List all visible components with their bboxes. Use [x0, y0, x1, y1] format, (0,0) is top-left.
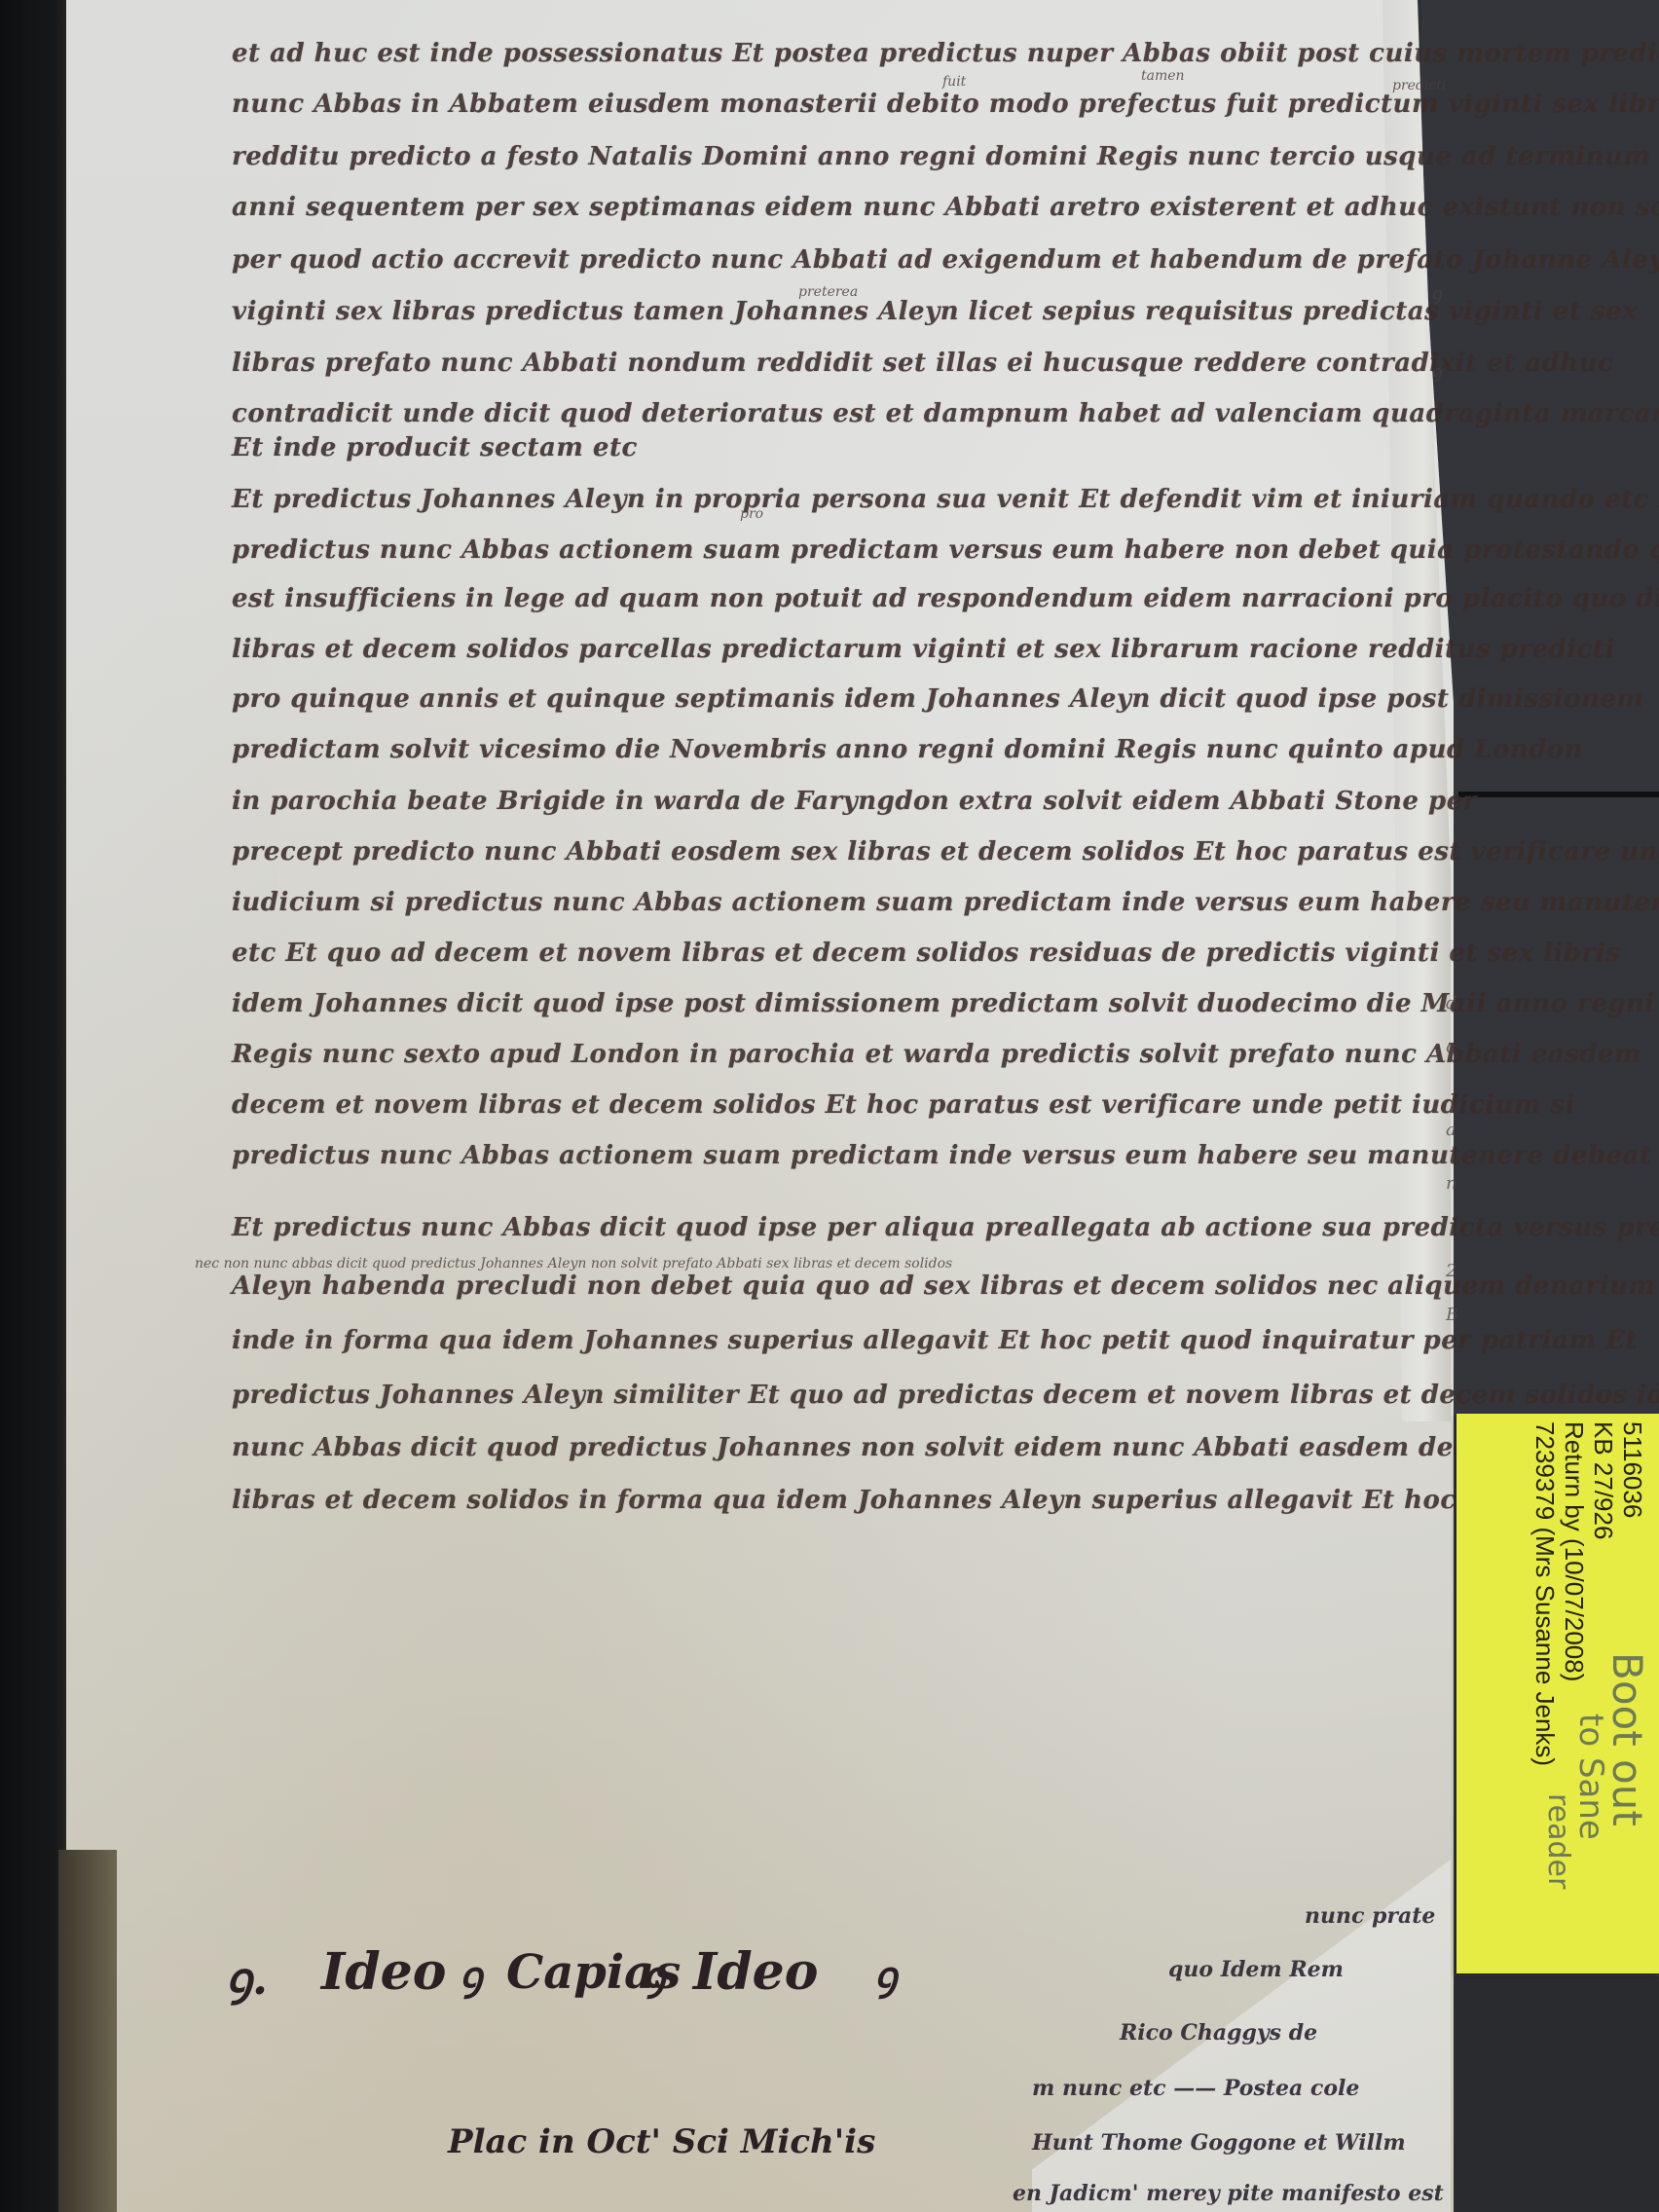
manuscript-line: redditu predicto a festo Natalis Domini … [232, 142, 1659, 171]
flap-line: nunc prate [1305, 1903, 1435, 1929]
manuscript-line: anni sequentem per sex septimanas eidem … [232, 193, 1659, 222]
sticky-handwritten-note: reader [1541, 1793, 1575, 1889]
manuscript-line: etc Et quo ad decem et novem libras et d… [232, 939, 1620, 968]
flap-line: quo Idem Rem [1168, 1957, 1344, 1982]
manuscript-line: per quod actio accrevit predicto nunc Ab… [232, 245, 1659, 275]
manuscript-line: Et predictus Johannes Aleyn in propria p… [232, 485, 1659, 514]
flap-line: Hunt Thome Goggone et Willm [1032, 2130, 1406, 2156]
interlinear-note: predicti [1392, 78, 1446, 93]
manuscript-line: in parochia beate Brigide in warda de Fa… [232, 787, 1477, 816]
flap-line: Rico Chaggys de [1120, 2020, 1317, 2046]
manuscript-line: inde in forma qua idem Johannes superius… [232, 1326, 1638, 1355]
manuscript-line: contradicit unde dicit quod deterioratus… [232, 399, 1659, 428]
manuscript-line: nunc Abbas in Abbatem eiusdem monasterii… [232, 90, 1659, 119]
margin-mark: 2 [1446, 1261, 1456, 1281]
manuscript-line: decem et novem libras et decem solidos E… [232, 1090, 1575, 1120]
background-seam-line [1458, 792, 1659, 797]
margin-mark: ꝯ [1431, 360, 1442, 384]
manuscript-line: nunc Abbas dicit quod predictus Johannes… [232, 1433, 1656, 1462]
margin-mark: a [1446, 1120, 1456, 1140]
margin-mark: c [1446, 1037, 1456, 1057]
interlinear-note: preterea [798, 284, 858, 300]
manuscript-line: predictus nunc Abbas actionem suam predi… [232, 535, 1659, 565]
interlinear-note: pro [740, 506, 763, 522]
flap-line: en Jadicm' merey pite manifesto est [1013, 2181, 1444, 2206]
manuscript-line: viginti sex libras predictus tamen Johan… [232, 297, 1638, 326]
sticky-note: 5116036 KB 27/926 Return by (10/07/2008)… [1456, 1414, 1659, 1973]
manuscript-line: iudicium si predictus nunc Abbas actione… [232, 888, 1659, 917]
flap-line: m nunc etc —— Postea cole [1032, 2076, 1359, 2101]
manuscript-line: est insufficiens in lege ad quam non pot… [232, 584, 1659, 613]
sticky-handwritten-note: Boot out [1604, 1652, 1651, 1826]
background-right-lower [1451, 1976, 1659, 2212]
manuscript-line: precept predicto nunc Abbati eosdem sex … [232, 837, 1659, 866]
interlinear-note: tamen [1141, 68, 1185, 84]
manuscript-line: libras prefato nunc Abbati nondum reddid… [232, 349, 1613, 378]
margin-mark: B [1446, 1305, 1458, 1325]
manuscript-line: Regis nunc sexto apud London in parochia… [232, 1040, 1641, 1069]
lower-word: Ideo [693, 1942, 818, 2002]
section-mark: ꝯ. [226, 1947, 268, 2008]
lower-word: ꝯ [460, 1947, 482, 2001]
margin-mark: d [1446, 993, 1457, 1014]
manuscript-line: predictam solvit vicesimo die Novembris … [232, 735, 1583, 764]
margin-mark: ꝯ [1431, 282, 1442, 306]
manuscript-line: Aleyn habenda precludi non debet quia qu… [232, 1272, 1656, 1301]
manuscript-line: pro quinque annis et quinque septimanis … [232, 684, 1643, 714]
manuscript-line: libras et decem solidos in forma qua ide… [232, 1486, 1534, 1515]
manuscript-line: et ad huc est inde possessionatus Et pos… [232, 39, 1659, 68]
manuscript-photo: et ad huc est inde possessionatus Et pos… [0, 0, 1659, 2212]
interlinear-note: nec non nunc abbas dicit quod predictus … [195, 1256, 952, 1272]
plea-caption: Plac in Oct' Sci Mich'is [448, 2122, 875, 2161]
manuscript-line: predictus Johannes Aleyn similiter Et qu… [232, 1381, 1659, 1410]
manuscript-line: libras et decem solidos parcellas predic… [232, 635, 1615, 664]
manuscript-line: Et predictus nunc Abbas dicit quod ipse … [232, 1213, 1659, 1242]
margin-mark: n [1446, 1173, 1457, 1194]
interlinear-note: fuit [942, 74, 966, 90]
lower-word: ꝯ [643, 1947, 665, 2001]
sticky-handwritten-note: to Sane [1571, 1714, 1610, 1840]
lower-word: Ideo [321, 1942, 446, 2002]
manuscript-line: Et inde producit sectam etc [232, 433, 638, 462]
lower-word: ꝯ [874, 1947, 897, 2001]
parchment-left-stain [58, 1850, 117, 2212]
manuscript-line: predictus nunc Abbas actionem suam predi… [232, 1141, 1659, 1170]
